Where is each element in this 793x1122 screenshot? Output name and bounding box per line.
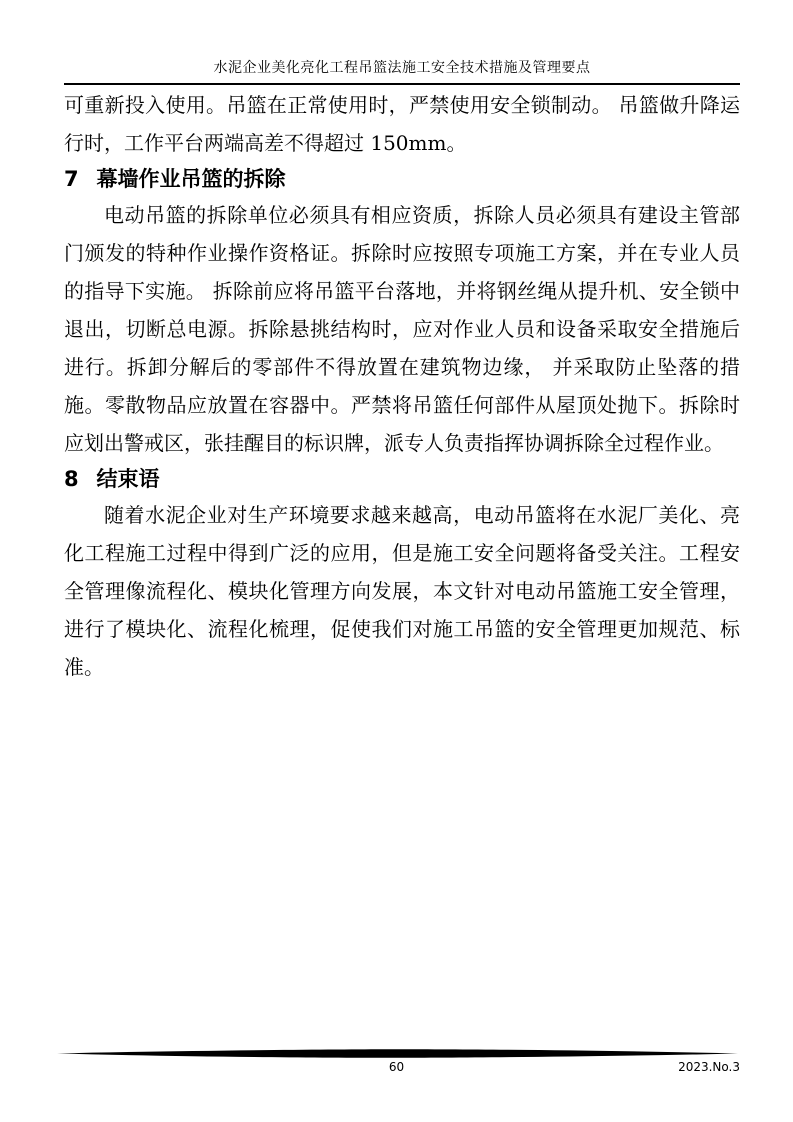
section-7-number: 7 xyxy=(64,162,79,196)
document-page: 水泥企业美化亮化工程吊篮法施工安全技术措施及管理要点 可重新投入使用。吊篮在正常… xyxy=(0,0,793,1122)
section-7-title: 幕墙作业吊篮的拆除 xyxy=(96,167,285,191)
issue-number: 2023.No.3 xyxy=(678,1059,740,1075)
article-body: 可重新投入使用。吊篮在正常使用时，严禁使用安全锁制动。 吊篮做升降运行时，工作平… xyxy=(64,86,740,686)
section-8-title: 结束语 xyxy=(96,467,159,491)
running-header: 水泥企业美化亮化工程吊篮法施工安全技术措施及管理要点 xyxy=(64,58,740,85)
section-7-heading: 7幕墙作业吊篮的拆除 xyxy=(64,162,740,196)
footer-rule xyxy=(57,1049,738,1058)
section-8-number: 8 xyxy=(64,462,79,496)
section-8-paragraph: 随着水泥企业对生产环境要求越来越高，电动吊篮将在水泥厂美化、亮化工程施工过程中得… xyxy=(64,496,740,686)
running-header-title: 水泥企业美化亮化工程吊篮法施工安全技术措施及管理要点 xyxy=(214,60,591,76)
section-8-heading: 8结束语 xyxy=(64,462,740,496)
page-number: 60 xyxy=(0,1059,793,1075)
intro-paragraph: 可重新投入使用。吊篮在正常使用时，严禁使用安全锁制动。 吊篮做升降运行时，工作平… xyxy=(64,86,740,162)
section-7-paragraph: 电动吊篮的拆除单位必须具有相应资质，拆除人员必须具有建设主管部门颁发的特种作业操… xyxy=(64,196,740,462)
footer: 60 2023.No.3 xyxy=(0,1059,793,1077)
